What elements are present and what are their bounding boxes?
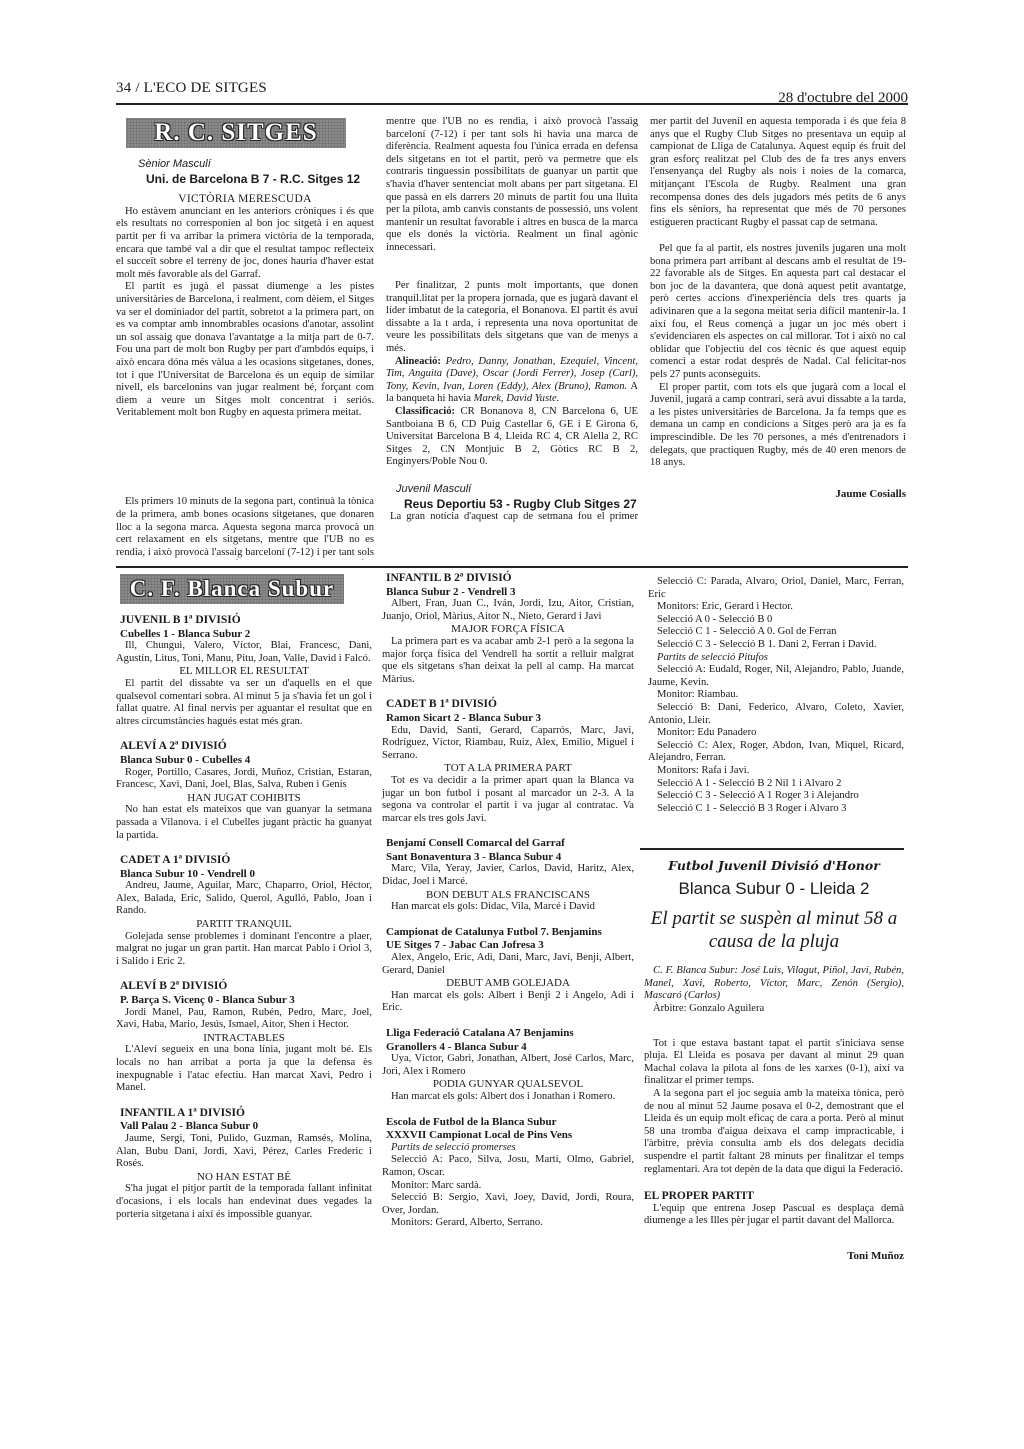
match-result: Ramon Sicart 2 - Blanca Subur 3 <box>386 712 634 725</box>
match-report: Han marcat els gols: Albert dos i Jonath… <box>382 1091 634 1104</box>
page-header: 34 / L'ECO DE SITGES 28 d'octubre del 20… <box>116 78 908 106</box>
selection-line: Selecció C 1 - Selecció A 0. Gol de Ferr… <box>648 626 904 639</box>
escola-title: Escola de Futbol de la Blanca Subur <box>386 1116 634 1129</box>
match-report: La primera part es va acabar amb 2-1 per… <box>382 636 634 686</box>
article-paragraph: Els primers 10 minuts de la segona part,… <box>116 496 374 560</box>
division-title: ALEVÍ B 2ª DIVISIÓ <box>120 980 372 993</box>
article-paragraph: El proper partit, com tots els que jugar… <box>650 382 906 470</box>
selection-line: Selecció B: Dani, Federico, Alvaro, Cole… <box>648 702 904 727</box>
match-headline: MAJOR FORÇA FÍSICA <box>382 623 634 636</box>
match-report: Han marcat els gols: Albert i Benji 2 i … <box>382 990 634 1015</box>
match-result: Granollers 4 - Blanca Subur 4 <box>386 1041 634 1054</box>
players-list: Marc, Vila, Yeray, Javier, Carlos, David… <box>382 863 634 888</box>
rugby-column-2: mentre que l'UB no es rendia, i això pro… <box>386 116 638 524</box>
division-title: INFANTIL A 1ª DIVISIÓ <box>120 1107 372 1120</box>
match-report: Tot es va decidir a la primer apart quan… <box>382 775 634 825</box>
juvenil-match-result: Reus Deportiu 53 - Rugby Club Sitges 27 <box>404 498 638 511</box>
article-paragraph: Per finalitzar, 2 punts molt importants,… <box>386 280 638 356</box>
honor-headline: El partit se suspèn al minut 58 a causa … <box>644 907 904 953</box>
match-report: Golejada sense problemes i dominant l'en… <box>116 931 372 969</box>
match-report: S'ha jugat el pitjor partit de la tempor… <box>116 1183 372 1221</box>
players-list: Jordi Manel, Pau, Ramon, Rubén, Pedro, M… <box>116 1007 372 1032</box>
author-byline: Toni Muñoz <box>644 1250 904 1263</box>
classification: Classificació: CR Bonanova 8, CN Barcelo… <box>386 406 638 469</box>
match-headline: PODIA GUNYAR QUALSEVOL <box>382 1078 634 1091</box>
match-result: Sant Bonaventura 3 - Blanca Subur 4 <box>386 851 634 864</box>
match-headline: TOT A LA PRIMERA PART <box>382 762 634 775</box>
honor-lineup: C. F. Blanca Subur: José Luis, Vilagut, … <box>644 965 904 1003</box>
match-result: Vall Palau 2 - Blanca Subur 0 <box>120 1120 372 1133</box>
division-title: INFANTIL B 2ª DIVISIÓ <box>386 572 634 585</box>
honor-section-heading: Futbol Juvenil Divisió d'Honor <box>644 860 904 873</box>
match-headline: EL MILLOR EL RESULTAT <box>116 665 372 678</box>
selection-line: Selecció C 3 - Selecció B 1. Dani 2, Fer… <box>648 639 904 652</box>
selection-line: Monitors: Eric, Gerard i Hector. <box>648 601 904 614</box>
division-title: Lliga Federació Catalana A7 Benjamins <box>386 1027 634 1040</box>
article-paragraph: Ho estàvem anunciant en les anteriors cr… <box>116 206 374 282</box>
selection-line: Selecció A 1 - Selecció B 2 Nil 1 i Alva… <box>648 778 904 791</box>
match-headline: BON DEBUT ALS FRANCISCANS <box>382 889 634 902</box>
article-paragraph: A la segona part el joc seguia amb la ma… <box>644 1088 904 1176</box>
article-paragraph: Pel que fa al partit, els nostres juveni… <box>650 243 906 382</box>
honor-match-result: Blanca Subur 0 - Lleida 2 <box>644 883 904 896</box>
players-list: Ill, Chungui, Valero, Víctor, Blai, Fran… <box>116 640 372 665</box>
promerses-label: Partits de selecció promerses <box>382 1142 634 1155</box>
selection-line: Monitors: Gerard, Alberto, Serrano. <box>382 1217 634 1230</box>
lineup: Alineació: Pedro, Danny, Jonathan, Ezequ… <box>386 356 638 406</box>
division-title: CADET B 1ª DIVISIÓ <box>386 698 634 711</box>
next-match-title: EL PROPER PARTIT <box>644 1190 904 1203</box>
match-headline: INTRACTABLES <box>116 1032 372 1045</box>
division-title: ALEVÍ A 2ª DIVISIÓ <box>120 740 372 753</box>
selection-line: Selecció C 3 - Selecció A 1 Roger 3 i Al… <box>648 790 904 803</box>
football-column-1: C. F. Blanca Subur JUVENIL B 1ª DIVISIÓ … <box>116 572 372 1221</box>
football-column-2: INFANTIL B 2ª DIVISIÓ Blanca Subur 2 - V… <box>382 572 634 1230</box>
selection-line: Selecció C 1 - Selecció B 3 Roger i Alva… <box>648 803 904 816</box>
division-title: Benjamí Consell Comarcal del Garraf <box>386 837 634 850</box>
match-report: Han marcat els gols: Didac, Vila, Marcé … <box>382 901 634 914</box>
article-paragraph: La gran notícia d'aquest cap de setmana … <box>386 511 638 524</box>
honor-divider <box>640 848 904 850</box>
senior-category: Sènior Masculí <box>138 158 374 171</box>
rugby-banner: R. C. SITGES <box>126 118 346 148</box>
selection-line: Selecció A: Eudald, Roger, Nil, Alejandr… <box>648 664 904 689</box>
players-list: Uya, Víctor, Gabri, Jonathan, Albert, Jo… <box>382 1053 634 1078</box>
match-report: No han estat els mateixos que van guanya… <box>116 804 372 842</box>
escola-subtitle: XXXVII Campionat Local de Pins Vens <box>386 1129 634 1142</box>
selection-line: Monitors: Rafa i Javi. <box>648 765 904 778</box>
players-list: Albert, Fran, Juan C., Iván, Jordi, Izu,… <box>382 598 634 623</box>
selection-line: Monitor: Marc sardà. <box>382 1180 634 1193</box>
honor-article: Futbol Juvenil Divisió d'Honor Blanca Su… <box>644 860 904 1262</box>
rugby-column-1: R. C. SITGES Sènior Masculí Uni. de Barc… <box>116 116 374 560</box>
selection-line: Selecció A: Paco, Silva, Josu, Martí, Ol… <box>382 1154 634 1179</box>
match-result: Blanca Subur 0 - Cubelles 4 <box>120 754 372 767</box>
match-headline: DEBUT AMB GOLEJADA <box>382 977 634 990</box>
players-list: Roger, Portillo, Casares, Jordi, Muñoz, … <box>116 767 372 792</box>
match-result: UE Sitges 7 - Jabac Can Jofresa 3 <box>386 939 634 952</box>
selection-line: Monitor: Edu Panadero <box>648 727 904 740</box>
author-byline: Jaume Cosialls <box>650 488 906 501</box>
senior-match-result: Uni. de Barcelona B 7 - R.C. Sitges 12 <box>146 173 374 186</box>
match-result: Blanca Subur 10 - Vendrell 0 <box>120 868 372 881</box>
division-title: CADET A 1ª DIVISIÓ <box>120 854 372 867</box>
match-result: Cubelles 1 - Blanca Subur 2 <box>120 628 372 641</box>
division-title: JUVENIL B 1ª DIVISIÓ <box>120 614 372 627</box>
header-rule <box>116 103 908 105</box>
publication-title: 34 / L'ECO DE SITGES <box>116 80 267 97</box>
selection-line: Selecció C: Alex, Roger, Abdon, Ivan, Mi… <box>648 740 904 765</box>
match-headline: PARTIT TRANQUIL <box>116 918 372 931</box>
honor-referee: Àrbitre: Gonzalo Aguilera <box>644 1003 904 1016</box>
section-divider <box>116 566 908 568</box>
selection-line: Selecció A 0 - Selecció B 0 <box>648 614 904 627</box>
match-headline: HAN JUGAT COHIBITS <box>116 792 372 805</box>
football-column-3: Selecció C: Parada, Alvaro, Oriol, Danie… <box>648 576 904 815</box>
juvenil-category: Juvenil Masculí <box>396 483 638 496</box>
players-list: Andreu, Jaume, Aguilar, Marc, Chaparro, … <box>116 880 372 918</box>
article-paragraph-continued: mentre que l'UB no es rendia, i això pro… <box>386 116 638 280</box>
article-paragraph: Tot i que estava bastant tapat el partit… <box>644 1038 904 1088</box>
players-list: Jaume, Sergi, Toni, Pulido, Guzman, Rams… <box>116 1133 372 1171</box>
football-banner: C. F. Blanca Subur <box>120 574 344 604</box>
selection-line: Monitor: Riambau. <box>648 689 904 702</box>
article-paragraph: El partit es jugà el passat diumenge a l… <box>116 281 374 496</box>
players-list: Edu, David, Santi, Gerard, Caparrós, Mar… <box>382 725 634 763</box>
senior-headline: VICTÒRIA MERESCUDA <box>116 193 374 206</box>
division-title: Campionat de Catalunya Futbol 7. Benjami… <box>386 926 634 939</box>
selection-line: Selecció C: Parada, Alvaro, Oriol, Danie… <box>648 576 904 601</box>
players-list: Alex, Angelo, Eric, Adi, Dani, Marc, Jav… <box>382 952 634 977</box>
selection-line: Selecció B: Sergio, Xavi, Joey, David, J… <box>382 1192 634 1217</box>
rugby-column-3: mer partit del Juvenil en aquesta tempor… <box>650 116 906 500</box>
match-headline: NO HAN ESTAT BÉ <box>116 1171 372 1184</box>
next-match-text: L'equip que entrena Josep Pascual es des… <box>644 1203 904 1228</box>
match-result: P. Barça S. Vicenç 0 - Blanca Subur 3 <box>120 994 372 1007</box>
pitufos-label: Partits de selecció Pitufos <box>648 652 904 665</box>
article-paragraph-continued: mer partit del Juvenil en aquesta tempor… <box>650 116 906 243</box>
match-report: El partit del dissabte va ser un d'aquel… <box>116 678 372 728</box>
match-result: Blanca Subur 2 - Vendrell 3 <box>386 586 634 599</box>
match-report: L'Aleví segueix en una bona línia, jugan… <box>116 1044 372 1094</box>
